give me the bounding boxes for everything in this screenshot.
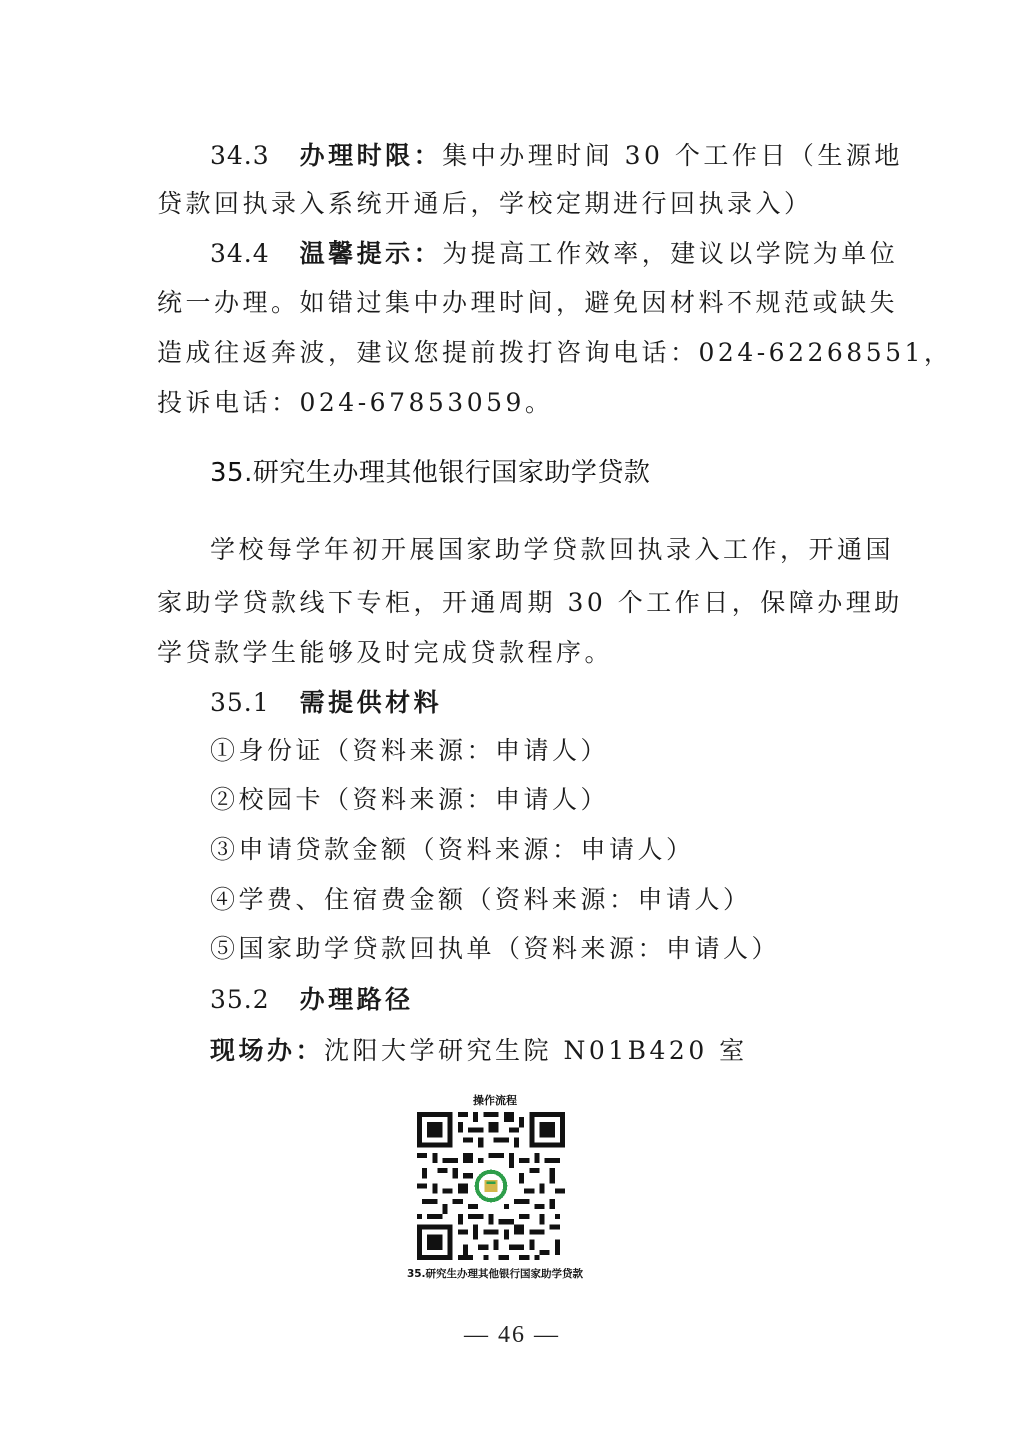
- item-34-3-line-1: 34.3办理时限：集中办理时间 30 个工作日（生源地: [210, 141, 922, 171]
- item-label: 办理路径: [300, 985, 414, 1014]
- material-item-4: ④学费、住宿费金额（资料来源：申请人）: [210, 885, 922, 915]
- item-text: 为提高工作效率，建议以学院为单位: [442, 239, 898, 268]
- section-35-intro-line-1: 学校每学年初开展国家助学贷款回执录入工作，开通国: [210, 535, 922, 565]
- material-item-5: ⑤国家助学贷款回执单（资料来源：申请人）: [210, 934, 922, 964]
- qr-title: 操作流程: [380, 1092, 610, 1108]
- document-page: 34.3办理时限：集中办理时间 30 个工作日（生源地 贷款回执录入系统开通后，…: [0, 0, 1024, 1448]
- item-number: 35.1: [210, 688, 270, 717]
- item-label: 办理时限：: [300, 141, 443, 170]
- item-35-2-heading: 35.2办理路径: [210, 985, 922, 1015]
- section-35-intro-line-3: 学贷款学生能够及时完成贷款程序。: [157, 638, 869, 668]
- material-item-2: ②校园卡（资料来源：申请人）: [210, 785, 922, 815]
- page-number: — 46 —: [0, 1322, 1024, 1349]
- item-label: 温馨提示：: [300, 239, 443, 268]
- item-number: 35.2: [210, 985, 270, 1014]
- qr-code-block: 操作流程: [380, 1090, 610, 1286]
- item-34-4-line-1: 34.4温馨提示：为提高工作效率，建议以学院为单位: [210, 239, 922, 269]
- item-34-4-line-4: 投诉电话：024-67853059。: [157, 388, 869, 418]
- item-number: 34.4: [210, 239, 270, 268]
- qr-code-icon[interactable]: [417, 1112, 565, 1260]
- item-label: 需提供材料: [300, 688, 443, 717]
- onsite-label: 现场办：: [210, 1036, 324, 1065]
- section-35-intro-line-2: 家助学贷款线下专柜，开通周期 30 个工作日，保障办理助: [157, 588, 869, 618]
- material-item-3: ③申请贷款金额（资料来源：申请人）: [210, 835, 922, 865]
- item-34-4-line-3: 造成往返奔波，建议您提前拨打咨询电话：024-62268551，: [157, 338, 869, 368]
- item-35-1-heading: 35.1需提供材料: [210, 688, 922, 718]
- item-text: 集中办理时间 30 个工作日（生源地: [442, 141, 903, 170]
- qr-caption: 35.研究生办理其他银行国家助学贷款: [380, 1266, 610, 1281]
- item-34-3-line-2: 贷款回执录入系统开通后，学校定期进行回执录入）: [157, 189, 869, 219]
- material-item-1: ①身份证（资料来源：申请人）: [210, 736, 922, 766]
- item-34-4-line-2: 统一办理。如错过集中办理时间，避免因材料不规范或缺失: [157, 288, 869, 318]
- onsite-location: 沈阳大学研究生院 N01B420 室: [324, 1036, 748, 1065]
- onsite-location-line: 现场办：沈阳大学研究生院 N01B420 室: [210, 1036, 922, 1066]
- item-number: 34.3: [210, 141, 270, 170]
- section-35-heading: 35.研究生办理其他银行国家助学贷款: [210, 457, 650, 489]
